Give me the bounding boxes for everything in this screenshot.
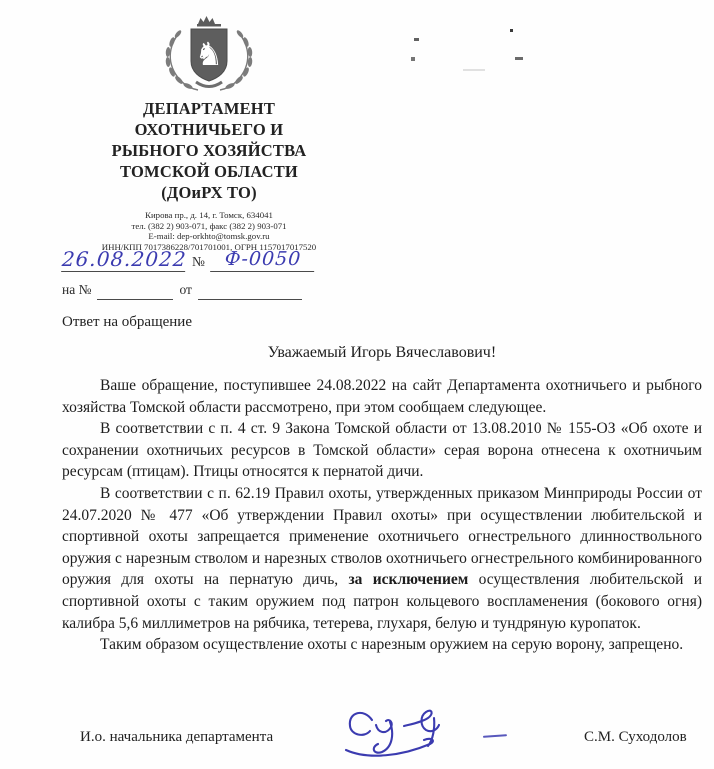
handwritten-date: 26.08.2022 xyxy=(61,247,187,272)
scan-artifact xyxy=(414,38,419,41)
paragraph-3: В соответствии с п. 62.19 Правил охоты, … xyxy=(62,483,702,634)
incoming-number-blank xyxy=(97,281,173,300)
org-name-line: ТОМСКОЙ ОБЛАСТИ xyxy=(56,161,362,182)
number-sign-label: № xyxy=(186,254,211,272)
svg-text:♞: ♞ xyxy=(195,35,224,73)
scan-artifact xyxy=(510,29,513,32)
subject-line: Ответ на обращение xyxy=(62,314,192,331)
address-line: E-mail: dep-orkhto@tomsk.gov.ru xyxy=(56,231,362,242)
handwritten-number: Ф-0050 xyxy=(210,247,316,272)
paragraph-3-bold-text: за исключением xyxy=(348,571,468,588)
paragraph-2: В соответствии с п. 4 ст. 9 Закона Томск… xyxy=(62,418,702,483)
incoming-ref-row: на № от xyxy=(62,281,324,300)
signature-dash xyxy=(483,734,507,738)
salutation: Уважаемый Игорь Вячеславович! xyxy=(62,344,702,362)
address-line: Кирова пр., д. 14, г. Томск, 634041 xyxy=(56,210,362,221)
paragraph-1: Ваше обращение, поступившее 24.08.2022 н… xyxy=(62,375,702,418)
org-name-line: РЫБНОГО ХОЗЯЙСТВА xyxy=(56,140,362,161)
incoming-number-label: на № xyxy=(62,282,97,300)
scan-artifact xyxy=(515,57,523,60)
scan-artifact xyxy=(463,69,485,71)
scan-artifact xyxy=(411,57,415,61)
letterhead: ♞ ДЕПАРТАМЕНТ ОХОТНИЧЬЕГО И РЫБНОГО ХОЗЯ… xyxy=(56,12,362,252)
outgoing-ref-row: 26.08.2022 № Ф-0050 xyxy=(62,247,324,272)
org-name-line: (ДОиРХ ТО) xyxy=(56,182,362,203)
handwritten-signature-icon xyxy=(338,702,480,764)
incoming-date-blank xyxy=(198,281,302,300)
paragraph-4: Таким образом осуществление охоты с наре… xyxy=(62,634,702,656)
incoming-date-label: от xyxy=(173,282,197,300)
letter-body: Ваше обращение, поступившее 24.08.2022 н… xyxy=(62,375,702,656)
tomsk-oblast-coat-of-arms-icon: ♞ xyxy=(146,12,272,96)
reference-block: 26.08.2022 № Ф-0050 на № от xyxy=(62,247,324,300)
org-name-line: ДЕПАРТАМЕНТ xyxy=(56,98,362,119)
org-name-line: ОХОТНИЧЬЕГО И xyxy=(56,119,362,140)
signer-name: С.М. Суходолов xyxy=(584,729,687,746)
signer-title: И.о. начальника департамента xyxy=(80,729,273,746)
letter-page: ♞ ДЕПАРТАМЕНТ ОХОТНИЧЬЕГО И РЫБНОГО ХОЗЯ… xyxy=(0,0,714,769)
address-line: тел. (382 2) 903-071, факс (382 2) 903-0… xyxy=(56,221,362,232)
org-name: ДЕПАРТАМЕНТ ОХОТНИЧЬЕГО И РЫБНОГО ХОЗЯЙС… xyxy=(56,98,362,203)
